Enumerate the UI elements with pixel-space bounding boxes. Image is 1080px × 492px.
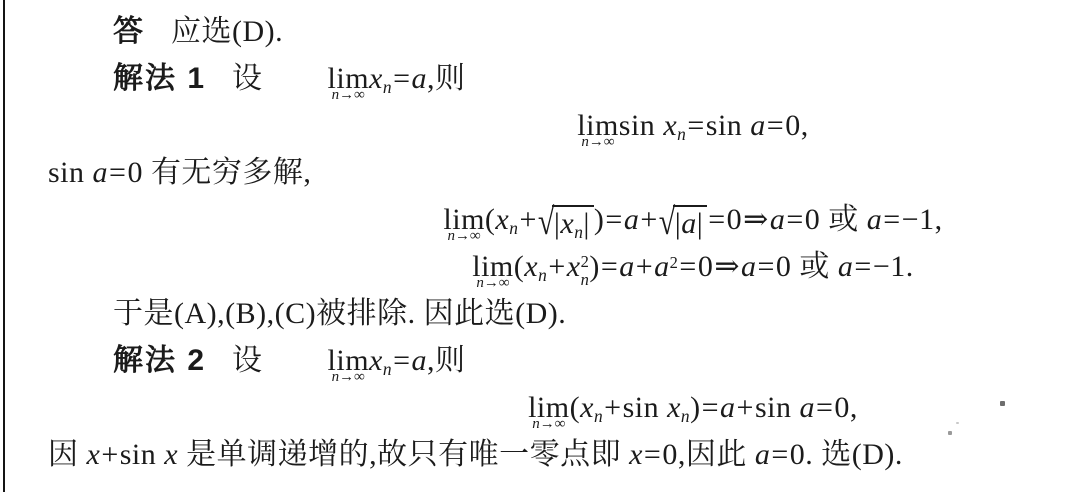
- math-operator: =: [815, 391, 834, 424]
- limit-subscript: n→∞: [581, 135, 614, 149]
- equation-lim-sin: limn→∞sin xn=sin a=0,: [48, 102, 1068, 149]
- math-roman: 0: [662, 438, 678, 471]
- math-subscript: n: [677, 124, 686, 144]
- scan-speck: [956, 422, 959, 424]
- text-run: 设: [232, 344, 263, 377]
- math-var: a: [619, 250, 635, 283]
- math-operator: +: [603, 391, 622, 424]
- math-operator: =: [392, 344, 411, 377]
- exclusion-conclusion-line: 于是(A),(B),(C)被排除. 因此选(D).: [48, 290, 1068, 337]
- equation-lim-sqrt: limn→∞(xn+√|xn|)=a+√|a|=0⇒a=0 或 a=−1,: [48, 196, 1068, 243]
- math-operator: =: [686, 109, 705, 142]
- math-operator: =: [785, 203, 804, 236]
- math-roman: sin: [623, 391, 668, 424]
- math-operator: =: [701, 391, 720, 424]
- radicand: |xn|: [552, 205, 594, 240]
- math-var: x: [87, 438, 101, 471]
- text-run: 或: [791, 250, 838, 283]
- math-roman: (: [514, 250, 525, 283]
- math-subscript: n: [383, 359, 392, 379]
- math-roman: (: [485, 203, 496, 236]
- math-roman: sin: [48, 156, 93, 189]
- math-var: a: [624, 203, 640, 236]
- limit-operator: limn→∞: [443, 196, 485, 243]
- math-var: a: [750, 109, 766, 142]
- method2-heading-line: 解法 2设limn→∞xn=a,则: [48, 337, 1068, 384]
- math-roman: sin: [120, 438, 165, 471]
- text-run: 或: [820, 203, 867, 236]
- math-var: x: [560, 207, 574, 240]
- math-roman: |: [697, 207, 704, 240]
- radical-symbol: √: [659, 204, 676, 242]
- math-subscript: n: [594, 406, 603, 426]
- math-operator: =: [392, 62, 411, 95]
- bold-label: 解法 2: [113, 344, 206, 377]
- math-operator: ⇒: [713, 250, 741, 283]
- math-var: a: [770, 203, 786, 236]
- equation-lim-x-plus-sin: limn→∞(xn+sin xn)=a+sin a=0,: [48, 384, 1068, 431]
- math-subscript: n: [574, 222, 583, 242]
- math-roman: sin: [619, 109, 664, 142]
- equation-lim-square: limn→∞(xn+x2n)=a+a2=0⇒a=0 或 a=−1.: [48, 243, 1068, 290]
- math-roman: 0.: [790, 438, 822, 471]
- math-operator: ⇒: [742, 203, 770, 236]
- solution-text-block: 答应选(D).解法 1设limn→∞xn=a,则limn→∞sin xn=sin…: [0, 0, 1080, 478]
- limit-subscript: n→∞: [476, 276, 509, 290]
- math-roman: −1: [902, 203, 935, 236]
- scan-speck: [1000, 401, 1005, 406]
- math-operator: =: [108, 156, 127, 189]
- math-operator: =: [756, 250, 775, 283]
- text-run: 有无穷多解,: [143, 156, 312, 189]
- answer-line: 答应选(D).: [48, 8, 1068, 55]
- limit-operator: limn→∞: [263, 337, 370, 384]
- math-roman: 0: [776, 250, 792, 283]
- text-run: ,因此: [678, 438, 755, 471]
- text-run: 应选(D).: [171, 15, 283, 48]
- math-var: a: [867, 203, 883, 236]
- limit-subscript: n→∞: [448, 229, 481, 243]
- math-operator: +: [639, 203, 658, 236]
- math-roman: 0: [785, 109, 801, 142]
- math-var: x: [495, 203, 509, 236]
- math-var: x: [667, 391, 681, 424]
- math-roman: sin: [755, 391, 800, 424]
- math-var: a: [93, 156, 109, 189]
- math-roman: 0: [834, 391, 850, 424]
- math-var: x: [580, 391, 594, 424]
- math-operator: +: [736, 391, 755, 424]
- math-operator: =: [707, 203, 726, 236]
- math-roman: ): [589, 250, 600, 283]
- math-roman: ): [594, 203, 605, 236]
- text-run: 设: [232, 62, 263, 95]
- math-operator: =: [766, 109, 785, 142]
- math-var: x: [629, 438, 643, 471]
- text-run: 于是(A),(B),(C)被排除. 因此选(D).: [113, 297, 566, 330]
- limit-subscript: n→∞: [532, 417, 565, 431]
- math-operator: +: [100, 438, 119, 471]
- limit-subscript: n→∞: [267, 88, 365, 102]
- math-operator: =: [604, 203, 623, 236]
- limit-operator: limn→∞: [263, 55, 370, 102]
- math-var: x: [164, 438, 178, 471]
- math-var: a: [838, 250, 854, 283]
- math-roman: 0: [727, 203, 743, 236]
- math-operator: =: [770, 438, 789, 471]
- math-operator: =: [678, 250, 697, 283]
- math-operator: +: [518, 203, 537, 236]
- radical-symbol: √: [538, 204, 555, 242]
- final-conclusion-line: 因 x+sin x 是单调递增的,故只有唯一零点即 x=0,因此 a=0. 选(…: [48, 431, 1068, 478]
- math-subscript: n: [581, 271, 590, 288]
- limit-operator: limn→∞: [528, 384, 570, 431]
- math-roman: 0: [698, 250, 714, 283]
- math-roman: (: [570, 391, 581, 424]
- math-var: a: [654, 250, 670, 283]
- method1-heading-line: 解法 1设limn→∞xn=a,则: [48, 55, 1068, 102]
- text-run: 选(D).: [821, 438, 903, 471]
- scanned-textbook-page: 答应选(D).解法 1设limn→∞xn=a,则limn→∞sin xn=sin…: [0, 0, 1080, 492]
- math-operator: =: [882, 203, 901, 236]
- text-run: .: [906, 250, 914, 283]
- math-var: x: [369, 62, 383, 95]
- text-run: ,: [801, 109, 809, 142]
- math-subsup: 2n: [581, 253, 590, 288]
- limit-subscript: n→∞: [267, 370, 365, 384]
- math-roman: |: [583, 207, 590, 240]
- math-operator: =: [643, 438, 662, 471]
- radical: √|a|: [659, 205, 708, 240]
- text-run: ,: [935, 203, 943, 236]
- text-run: 因: [48, 438, 87, 471]
- math-roman: sin: [706, 109, 751, 142]
- text-run: ,则: [427, 344, 466, 377]
- math-var: x: [524, 250, 538, 283]
- math-roman: ): [690, 391, 701, 424]
- math-var: a: [681, 207, 697, 240]
- math-var: a: [741, 250, 757, 283]
- math-var: a: [412, 62, 428, 95]
- math-var: a: [799, 391, 815, 424]
- math-superscript: 2: [581, 253, 590, 270]
- limit-operator: limn→∞: [577, 102, 619, 149]
- math-var: a: [720, 391, 736, 424]
- scan-speck: [948, 431, 952, 435]
- math-subscript: n: [538, 265, 547, 285]
- radical: √|xn|: [538, 205, 594, 240]
- limit-operator: limn→∞: [472, 243, 514, 290]
- math-var: x: [567, 250, 581, 283]
- math-roman: 0: [805, 203, 821, 236]
- text-run: 是单调递增的,故只有唯一零点即: [178, 438, 629, 471]
- math-subscript: n: [383, 77, 392, 97]
- text-run: ,: [850, 391, 858, 424]
- infinite-solutions-line: sin a=0 有无穷多解,: [48, 149, 1068, 196]
- math-operator: =: [853, 250, 872, 283]
- radicand: |a|: [673, 205, 708, 240]
- text-run: ,则: [427, 62, 466, 95]
- math-operator: =: [600, 250, 619, 283]
- math-var: x: [663, 109, 677, 142]
- math-roman: 0: [127, 156, 143, 189]
- bold-label: 答: [113, 15, 145, 48]
- math-roman: −1: [873, 250, 906, 283]
- math-subscript: n: [681, 406, 690, 426]
- math-var: a: [755, 438, 771, 471]
- math-var: x: [369, 344, 383, 377]
- math-var: a: [412, 344, 428, 377]
- math-operator: +: [635, 250, 654, 283]
- bold-label: 解法 1: [113, 62, 206, 95]
- math-operator: +: [547, 250, 566, 283]
